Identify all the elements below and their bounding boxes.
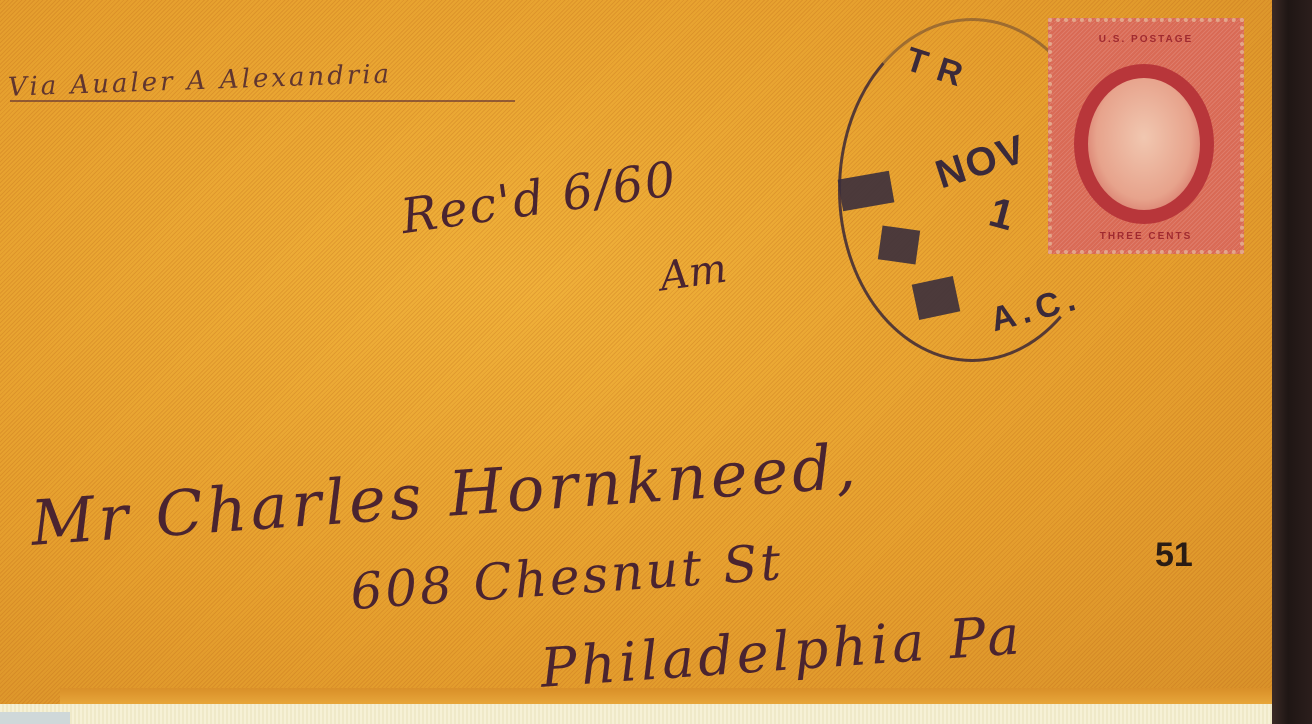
stamp-bottom-label: THREE CENTS bbox=[1066, 231, 1226, 242]
postmark-block bbox=[878, 226, 920, 265]
page-number: 51 bbox=[1155, 536, 1193, 575]
route-note: Via Aualer A Alexandria bbox=[8, 59, 393, 102]
route-underline bbox=[10, 100, 515, 102]
book-binding bbox=[1272, 0, 1312, 724]
docket-sub: Am bbox=[657, 246, 730, 301]
docket-received: Rec'd 6/60 bbox=[397, 151, 680, 245]
album-page-strip bbox=[0, 704, 1272, 724]
envelope-bottom-edge bbox=[60, 688, 1272, 704]
envelope-cover: Via Aualer A Alexandria Rec'd 6/60 Am TR… bbox=[0, 0, 1272, 704]
address-line-3: Philadelphia Pa bbox=[538, 603, 1025, 700]
album-page-corner bbox=[0, 712, 70, 724]
postage-stamp: U.S. POSTAGE THREE CENTS bbox=[1048, 18, 1244, 254]
address-line-2: 608 Chesnut St bbox=[349, 533, 786, 621]
stamp-portrait bbox=[1074, 64, 1214, 224]
stamp-top-label: U.S. POSTAGE bbox=[1066, 34, 1226, 45]
